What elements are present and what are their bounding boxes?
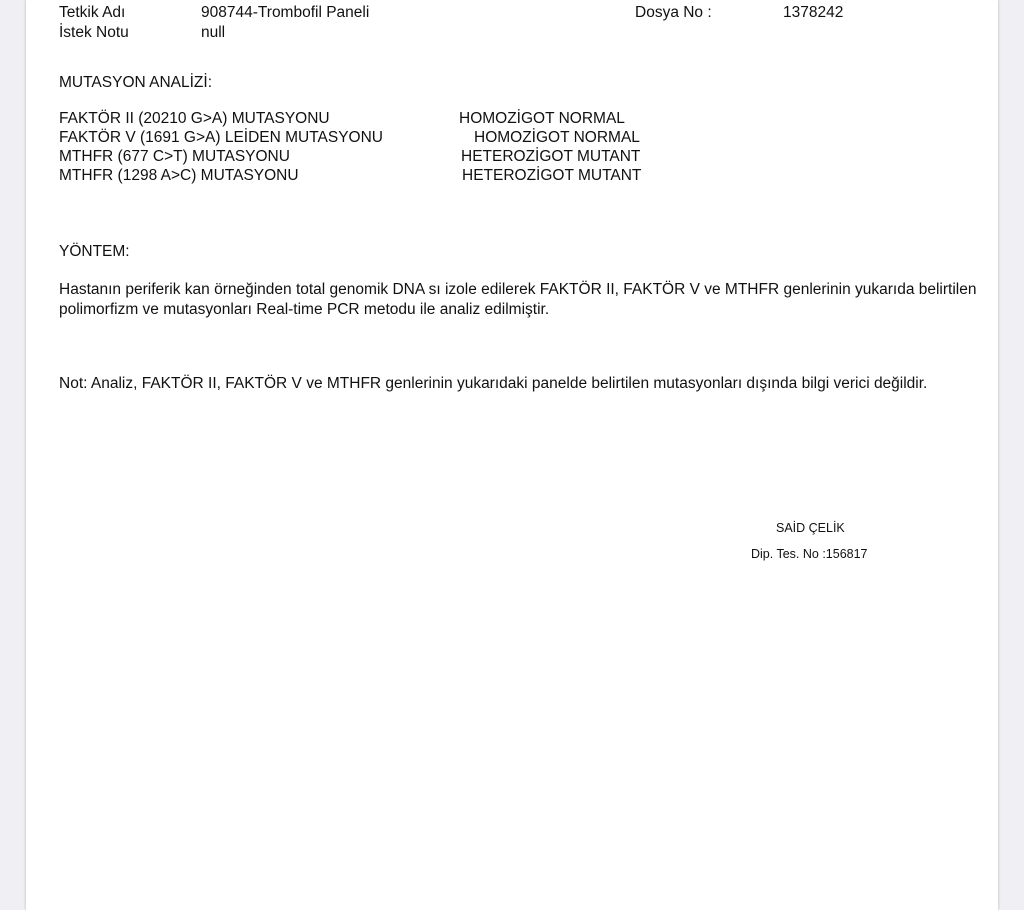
note-text: Not: Analiz, FAKTÖR II, FAKTÖR V ve MTHF… bbox=[59, 374, 979, 394]
mutation-name: FAKTÖR II (20210 G>A) MUTASYONU bbox=[59, 110, 330, 128]
method-title: YÖNTEM: bbox=[59, 243, 130, 261]
signature-diploma-no: Dip. Tes. No :156817 bbox=[751, 547, 868, 562]
mutation-result: HOMOZİGOT NORMAL bbox=[459, 110, 625, 128]
request-note-value: null bbox=[201, 24, 225, 42]
file-no-value: 1378242 bbox=[783, 4, 843, 22]
method-text: Hastanın periferik kan örneğinden total … bbox=[59, 280, 979, 320]
test-name-value: 908744-Trombofil Paneli bbox=[201, 4, 369, 22]
mutation-result: HETEROZİGOT MUTANT bbox=[462, 167, 641, 185]
mutation-result: HOMOZİGOT NORMAL bbox=[474, 129, 640, 147]
mutation-name: MTHFR (1298 A>C) MUTASYONU bbox=[59, 167, 299, 185]
mutation-name: MTHFR (677 C>T) MUTASYONU bbox=[59, 148, 290, 166]
mutation-result: HETEROZİGOT MUTANT bbox=[461, 148, 640, 166]
mutation-name: FAKTÖR V (1691 G>A) LEİDEN MUTASYONU bbox=[59, 129, 383, 147]
signature-name: SAİD ÇELİK bbox=[776, 521, 845, 536]
document-page: Tetkik Adı 908744-Trombofil Paneli İstek… bbox=[26, 0, 998, 910]
document-viewer: Tetkik Adı 908744-Trombofil Paneli İstek… bbox=[0, 0, 1024, 910]
test-name-label: Tetkik Adı bbox=[59, 4, 125, 22]
request-note-label: İstek Notu bbox=[59, 24, 129, 42]
file-no-label: Dosya No : bbox=[635, 4, 712, 22]
mutation-analysis-title: MUTASYON ANALİZİ: bbox=[59, 74, 212, 92]
